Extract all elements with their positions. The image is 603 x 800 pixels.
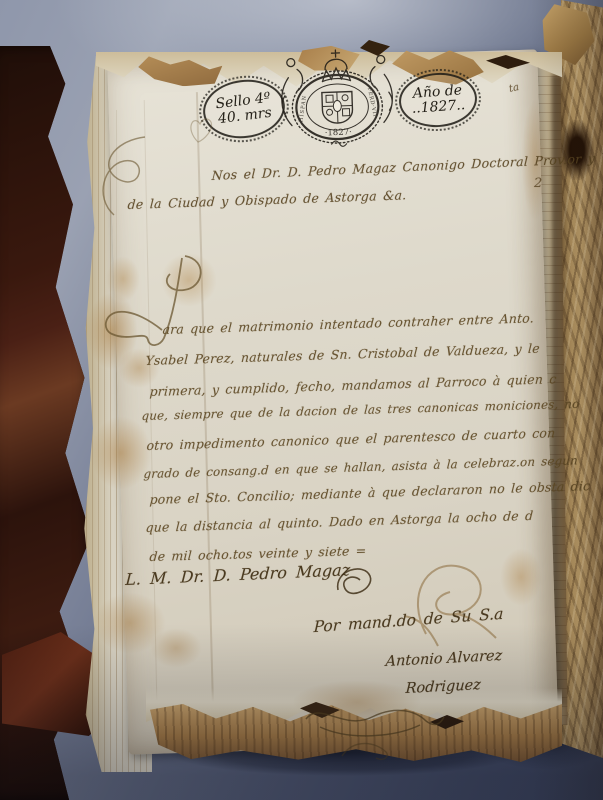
margin-fragment: ta [508, 82, 520, 95]
arms-year-text: ·1827· [325, 128, 352, 139]
manuscript-photo: Sello 4º 40. mrs [0, 0, 603, 800]
tax-stamp-right-line2: ..1827.. [411, 98, 465, 116]
royal-coat-of-arms-stamp: HISPAN FERD·VII ·1827· [268, 42, 407, 152]
margin-fragment: 2 [534, 176, 542, 191]
